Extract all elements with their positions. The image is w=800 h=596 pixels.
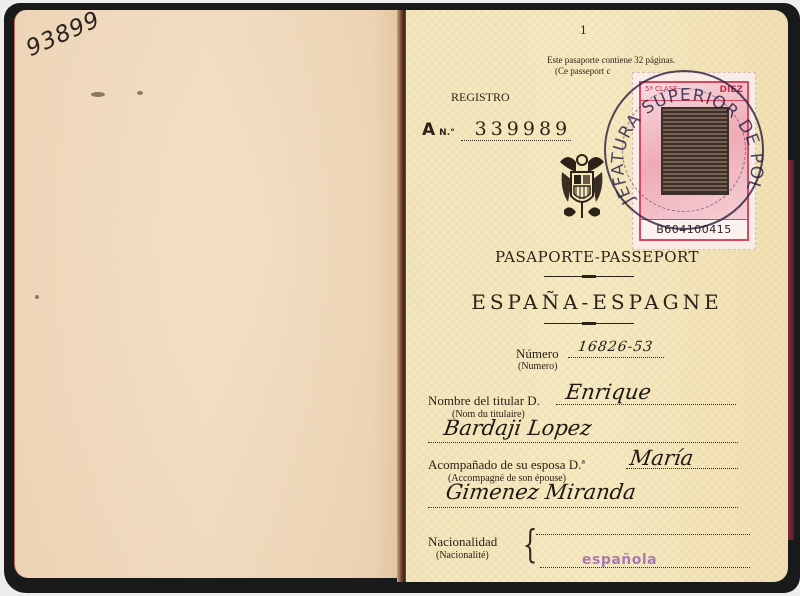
titular-first-name: Enrique: [564, 380, 652, 404]
page-number: 1: [580, 24, 587, 37]
esposa-label: Acompañado de su esposa D.ª: [428, 457, 585, 473]
registro-row: A N.° 339989: [422, 118, 571, 141]
country-title: ESPAÑA-ESPAGNE: [406, 290, 788, 314]
nacionalidad-line-1: [536, 534, 750, 535]
page-red-edge: [788, 160, 794, 540]
titular-surnames: Bardaji Lopez: [442, 416, 593, 440]
ink-smudge: [35, 295, 39, 299]
titular-line-2: [428, 442, 738, 443]
nacionalidad-label: Nacionalidad: [428, 534, 497, 550]
nacionalidad-sublabel: (Nacionalité): [436, 550, 489, 561]
left-page: 93899: [14, 10, 402, 578]
esposa-surnames: Gimenez Miranda: [444, 480, 637, 504]
esposa-line-2: [428, 507, 738, 508]
pages-note-es: Este pasaporte contiene 32 páginas.: [547, 55, 675, 66]
brace-glyph: {: [523, 525, 538, 563]
numero-value: 16826-53: [577, 339, 654, 355]
registro-number: 339989: [461, 118, 572, 141]
ink-smudge: [137, 91, 143, 95]
nacionalidad-stamp: española: [582, 552, 657, 568]
postmark-text: JEFATURA SUPERIOR DE POLICIA: [606, 72, 766, 232]
svg-text:JEFATURA SUPERIOR DE POLICIA: JEFATURA SUPERIOR DE POLICIA: [606, 72, 766, 209]
handwritten-serial-number: 93899: [22, 6, 104, 62]
titular-line-1: [556, 404, 736, 405]
numero-sublabel: (Numero): [518, 361, 557, 372]
registro-label: REGISTRO: [451, 90, 510, 105]
right-page: 1 Este pasaporte contiene 32 páginas. (C…: [406, 10, 788, 582]
ornamental-rule: [544, 323, 634, 324]
ink-smudge: [91, 92, 105, 97]
passport-title: PASAPORTE-PASSEPORT: [406, 248, 788, 266]
police-postmark: JEFATURA SUPERIOR DE POLICIA: [604, 70, 764, 230]
registro-prefix: A: [422, 120, 435, 140]
registro-n-label: N.°: [439, 128, 454, 138]
numero-line: [568, 357, 664, 358]
coat-of-arms-eagle-icon: [556, 150, 608, 224]
numero-label: Número: [516, 346, 559, 362]
titular-label: Nombre del titular D.: [428, 393, 540, 409]
esposa-first-name: María: [628, 446, 695, 470]
ornamental-rule: [544, 276, 634, 277]
